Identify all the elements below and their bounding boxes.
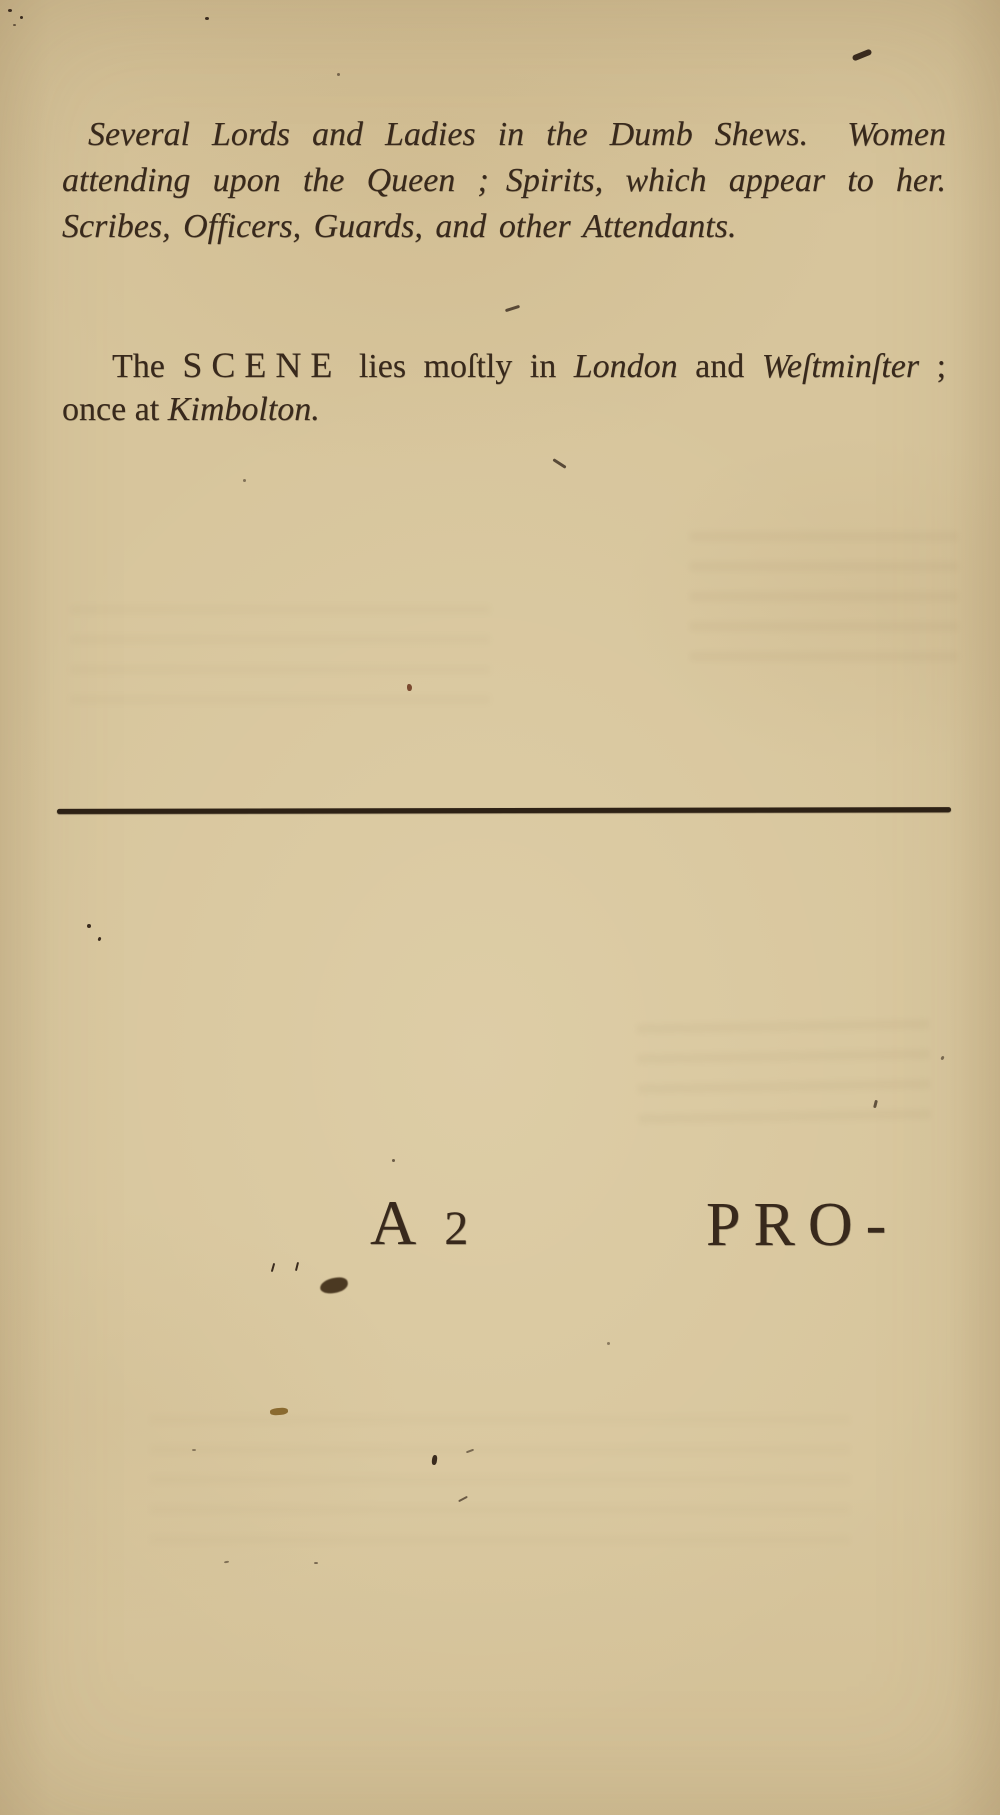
signature-mark: A2	[370, 1186, 470, 1260]
ink-speck	[13, 24, 16, 26]
place-name: Kimbolton.	[168, 391, 320, 428]
ink-speck	[295, 1262, 299, 1271]
verso-showthrough	[150, 1415, 850, 1565]
text-line: Several Lords and Ladies in the Dumb She…	[62, 112, 946, 158]
ink-stroke	[852, 48, 873, 61]
scene-word: SCENE	[182, 345, 341, 385]
ink-speck	[940, 1056, 944, 1061]
ink-speck	[607, 1342, 610, 1345]
signature-number: 2	[444, 1202, 470, 1255]
dramatis-personae-note: Several Lords and Ladies in the Dumb She…	[62, 112, 946, 250]
ink-speck	[87, 924, 91, 928]
text-line: once at Kimbolton.	[62, 388, 946, 431]
place-name: London	[574, 348, 678, 385]
verso-showthrough	[70, 605, 490, 715]
verso-showthrough	[637, 1019, 931, 1142]
ink-speck	[97, 937, 101, 942]
catchword: PRO-	[706, 1190, 899, 1261]
ink-speck	[243, 479, 246, 482]
book-page: Several Lords and Ladies in the Dumb She…	[0, 0, 1000, 1815]
ink-stroke	[552, 458, 566, 469]
ink-speck	[20, 16, 23, 19]
text-line: attending upon the Queen ; Spirits, whic…	[62, 158, 946, 204]
ink-speck	[192, 1449, 196, 1451]
ink-speck	[337, 73, 340, 76]
text-line: Scribes, Officers, Guards, and other Att…	[62, 204, 946, 250]
ink-speck	[392, 1159, 395, 1162]
ink-speck	[271, 1263, 275, 1272]
ink-stroke	[505, 305, 520, 312]
ink-speck	[407, 684, 412, 691]
ink-speck	[314, 1562, 318, 1564]
signature-letter: A	[370, 1187, 418, 1258]
scene-note: The SCENE lies moſtly in London and Weſt…	[62, 344, 946, 431]
ink-speck	[205, 17, 209, 20]
ink-smudge	[319, 1276, 349, 1295]
place-name: Weſtminſter	[762, 348, 919, 385]
ink-speck	[8, 9, 12, 12]
text-line: The SCENE lies moſtly in London and Weſt…	[62, 344, 946, 388]
verso-showthrough	[690, 532, 958, 672]
section-divider-rule	[57, 807, 951, 814]
